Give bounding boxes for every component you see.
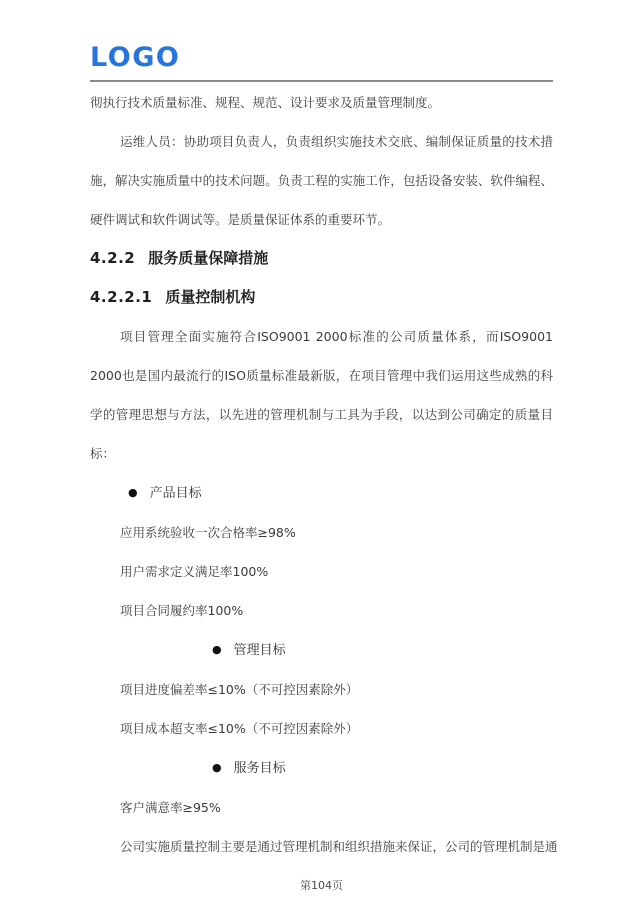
paragraph-ops-staff: 运维人员：协助项目负责人，负责组织实施技术交底、编制保证质量的技术措施，解决实施… <box>90 122 553 239</box>
bullet-label: 管理目标 <box>234 643 286 658</box>
bullet-item-service-goal: ●服务目标 <box>90 748 553 788</box>
metric-schedule-deviation: 项目进度偏差率≤10%（不可控因素除外） <box>90 670 553 709</box>
section-heading-4-2-2: 4.2.2服务质量保障措施 <box>90 239 553 278</box>
metric-contract-fulfillment: 项目合同履约率100% <box>90 591 553 630</box>
paragraph-iso-quality: 项目管理全面实施符合ISO9001 2000标准的公司质量体系，而ISO9001… <box>90 317 553 473</box>
page-footer: 第104页 <box>90 866 553 905</box>
header-divider-line <box>90 80 553 82</box>
bullet-label: 产品目标 <box>150 486 202 501</box>
metric-requirement-satisfaction: 用户需求定义满足率100% <box>90 552 553 591</box>
bullet-dot-icon: ● <box>212 643 222 656</box>
heading-number: 4.2.2.1 <box>90 288 152 306</box>
document-body: 彻执行技术质量标准、规程、规范、设计要求及质量管理制度。 运维人员：协助项目负责… <box>90 83 553 866</box>
metric-acceptance-pass-rate: 应用系统验收一次合格率≥98% <box>90 513 553 552</box>
metric-cost-overrun: 项目成本超支率≤10%（不可控因素除外） <box>90 709 553 748</box>
metric-customer-satisfaction: 客户满意率≥95% <box>90 788 553 827</box>
heading-title: 服务质量保障措施 <box>148 249 268 267</box>
section-heading-4-2-2-1: 4.2.2.1质量控制机构 <box>90 278 553 317</box>
heading-title: 质量控制机构 <box>165 288 255 306</box>
bullet-label: 服务目标 <box>234 761 286 776</box>
document-page: LOGO 彻执行技术质量标准、规程、规范、设计要求及质量管理制度。 运维人员：协… <box>0 0 640 906</box>
page-number-label: 第104页 <box>300 879 343 892</box>
bullet-dot-icon: ● <box>212 761 222 774</box>
company-logo: LOGO <box>90 42 180 74</box>
bullet-dot-icon: ● <box>128 486 138 499</box>
paragraph-quality-control-intro: 公司实施质量控制主要是通过管理机制和组织措施来保证，公司的管理机制是通 <box>90 827 553 866</box>
heading-number: 4.2.2 <box>90 249 135 267</box>
paragraph-continuation: 彻执行技术质量标准、规程、规范、设计要求及质量管理制度。 <box>90 83 553 122</box>
document-header: LOGO <box>90 0 553 82</box>
bullet-item-product-goal: ●产品目标 <box>90 473 553 513</box>
bullet-item-management-goal: ●管理目标 <box>90 630 553 670</box>
